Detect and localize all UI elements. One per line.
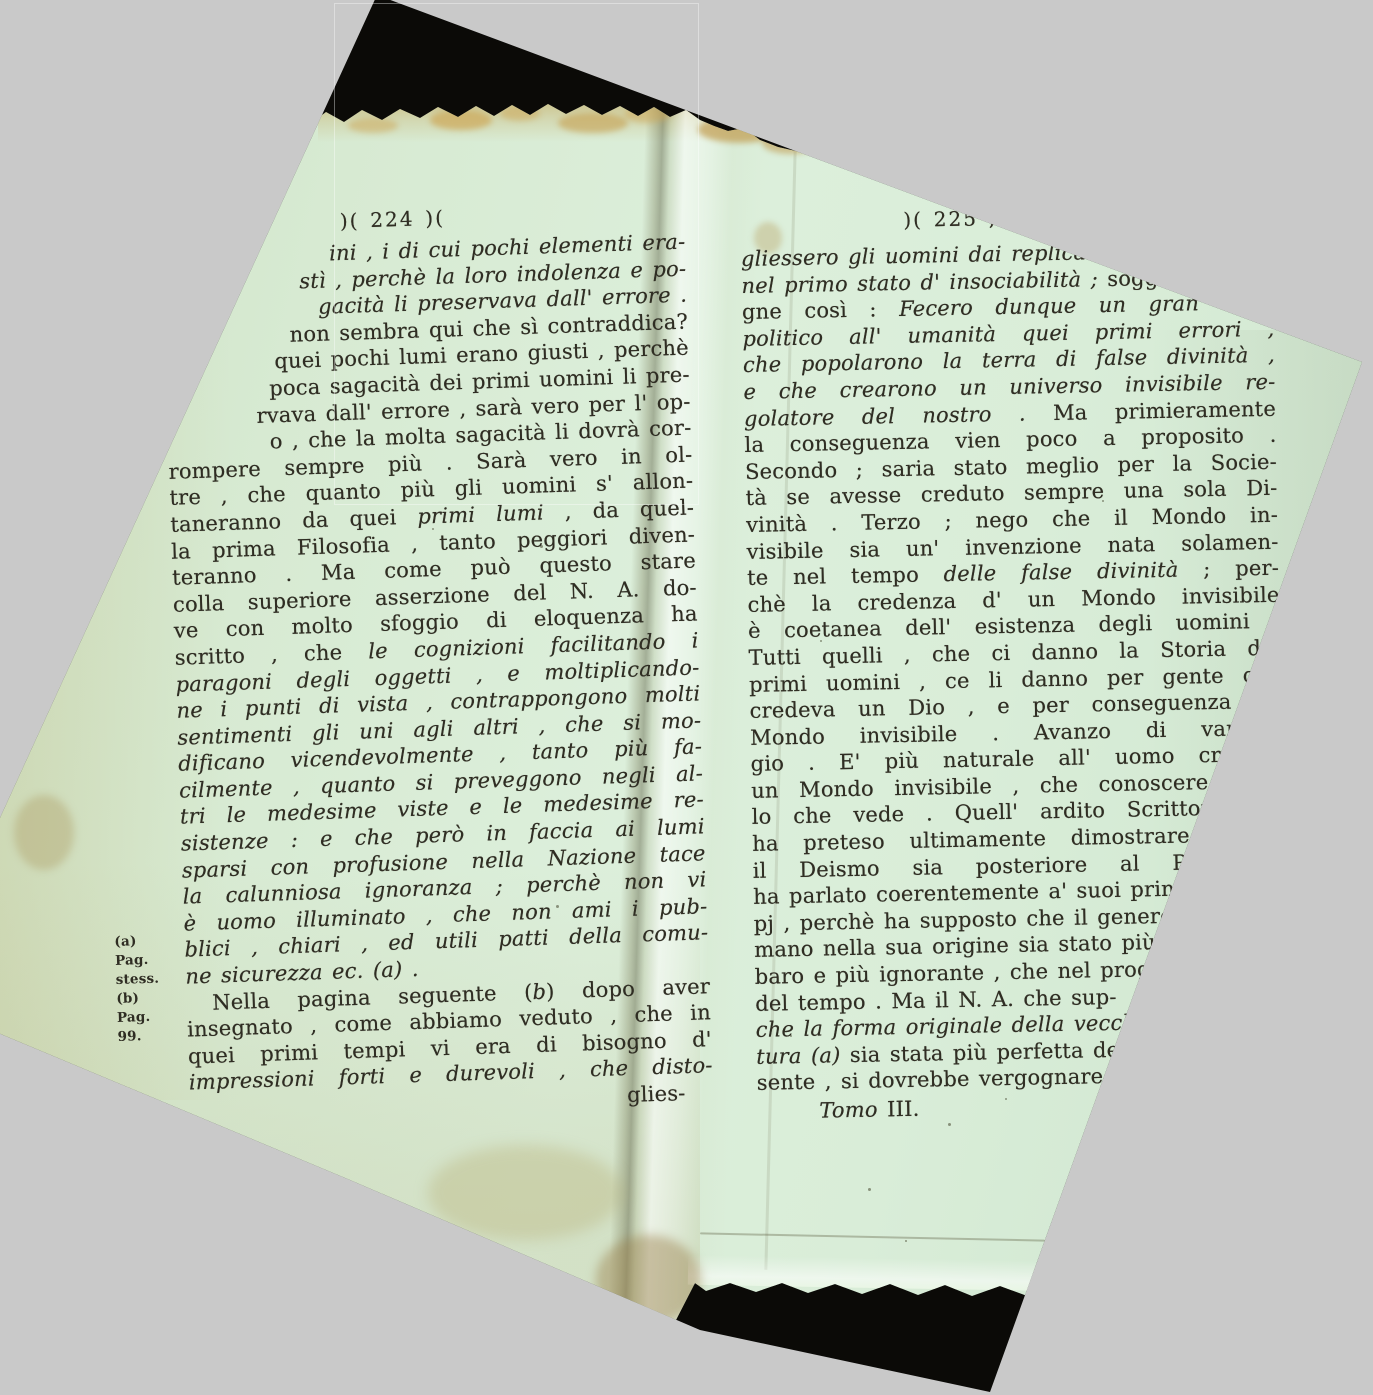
margin-note: (b) Pag. [116, 988, 177, 1028]
margin-note: (a) Pag. [114, 931, 175, 971]
stain [762, 132, 818, 154]
stain [596, 1235, 701, 1325]
bottom-deckle-rim [688, 1255, 1068, 1292]
page-right-text-block: gliessero gli uomini dai replica-nel pri… [741, 236, 1289, 1097]
stain [14, 795, 74, 870]
margin-notes: (a) Pag.stess.(b) Pag.99. [114, 931, 178, 1047]
stain [698, 116, 782, 143]
page-right: )( 225 , gliessero gli uomini dai replic… [740, 198, 1290, 1126]
teal-fiber [818, 1292, 836, 1326]
margin-note: 99. [117, 1026, 178, 1047]
scan-artifact-rectangle [334, 3, 699, 505]
tomo-number: III. [877, 1097, 919, 1122]
page-number-right: )( 225 , [740, 198, 1272, 238]
stain [428, 1145, 623, 1240]
signature-letter: P [1139, 1091, 1154, 1118]
tomo-label: Tomo III. [819, 1096, 920, 1125]
tomo-word: Tomo [819, 1098, 878, 1123]
margin-note: stess. [115, 969, 176, 990]
bottom-paper-crack [700, 1232, 1045, 1241]
book-photo-canvas: )( 224 )( ini , i di cui pochi elementi … [0, 0, 1373, 1395]
